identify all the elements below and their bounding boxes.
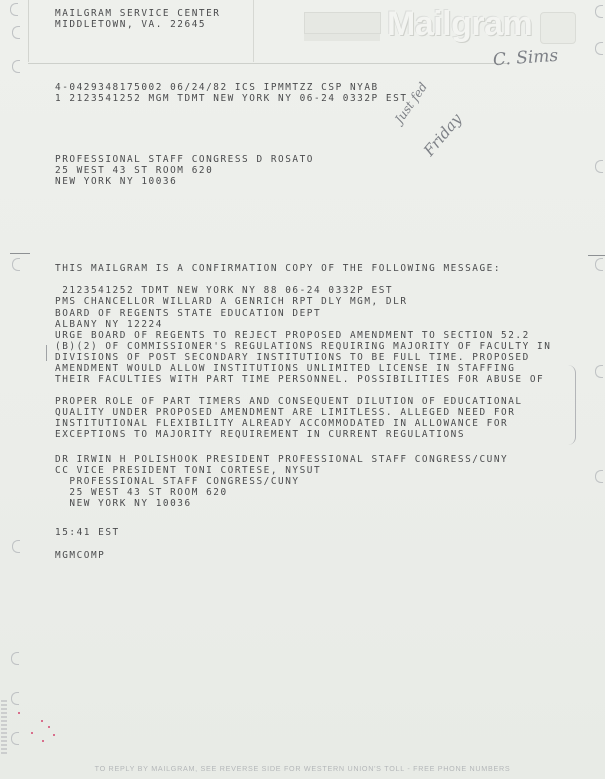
service-center-line1: MAILGRAM SERVICE CENTER xyxy=(55,9,220,20)
punch-hole-icon xyxy=(10,3,18,16)
punch-hole-icon xyxy=(595,160,603,173)
message-header-line: BOARD OF REGENTS STATE EDUCATION DEPT xyxy=(55,309,321,320)
punch-hole-icon xyxy=(595,365,603,378)
postal-emblem-icon xyxy=(540,12,576,44)
message-header-line: PMS CHANCELLOR WILLARD A GENRICH RPT DLY… xyxy=(55,297,408,308)
punch-hole-icon xyxy=(595,42,603,55)
message-body-line: THEIR FACULTIES WITH PART TIME PERSONNEL… xyxy=(55,375,544,386)
message-header-line: ALBANY NY 12224 xyxy=(55,320,163,331)
recipient-line-1: PROFESSIONAL STAFF CONGRESS D ROSATO xyxy=(55,155,314,166)
punch-hole-icon xyxy=(12,60,20,73)
mailgram-code: MGMCOMP xyxy=(55,551,105,562)
margin-tick xyxy=(588,255,605,256)
message-body-line: INSTITUTIONAL FLEXIBILITY ALREADY ACCOMM… xyxy=(55,419,508,430)
message-body-line: DIVISIONS OF POST SECONDARY INSTITUTIONS… xyxy=(55,353,530,364)
western-union-logo-icon xyxy=(304,12,381,34)
edge-stamp xyxy=(1,700,7,755)
ink-speck xyxy=(31,732,33,734)
ink-speck xyxy=(53,734,55,736)
punch-hole-icon xyxy=(595,5,603,18)
ink-speck xyxy=(42,740,44,742)
message-header-line: 2123541252 TDMT NEW YORK NY 88 06-24 033… xyxy=(55,286,393,297)
punch-hole-icon xyxy=(11,692,19,705)
routing-line-2: 1 2123541252 MGM TDMT NEW YORK NY 06-24 … xyxy=(55,94,408,105)
recipient-line-3: NEW YORK NY 10036 xyxy=(55,177,177,188)
punch-hole-icon xyxy=(12,26,20,39)
message-body-line: PROPER ROLE OF PART TIMERS AND CONSEQUEN… xyxy=(55,397,523,408)
service-center-line2: MIDDLETOWN, VA. 22645 xyxy=(55,20,206,31)
message-body-line: (B)(2) OF COMMISSIONER'S REGULATIONS REQ… xyxy=(55,342,551,353)
punch-hole-icon xyxy=(11,652,19,665)
footer-reply-note: TO REPLY BY MAILGRAM, SEE REVERSE SIDE F… xyxy=(0,764,605,773)
mailgram-logo: Mailgram xyxy=(387,5,532,44)
message-body-line: EXCEPTIONS TO MAJORITY REQUIREMENT IN CU… xyxy=(55,430,465,441)
message-body-line: AMENDMENT WOULD ALLOW INSTITUTIONS UNLIM… xyxy=(55,364,515,375)
signature-line: 25 WEST 43 ST ROOM 620 xyxy=(55,488,228,499)
handwritten-brace-mark xyxy=(567,365,576,445)
message-body-line: URGE BOARD OF REGENTS TO REJECT PROPOSED… xyxy=(55,331,530,342)
punch-hole-icon xyxy=(12,258,20,271)
ink-speck xyxy=(41,720,43,722)
header-divider xyxy=(28,63,508,64)
punch-hole-icon xyxy=(595,258,603,271)
routing-line-1: 4-0429348175002 06/24/82 ICS IPMMTZZ CSP… xyxy=(55,83,379,94)
mailgram-page: MAILGRAM SERVICE CENTER MIDDLETOWN, VA. … xyxy=(0,0,605,779)
timestamp: 15:41 EST xyxy=(55,528,120,539)
margin-tick xyxy=(10,253,30,254)
logo-subtitle-bar xyxy=(304,34,380,41)
punch-hole-icon xyxy=(595,470,603,483)
punch-hole-icon xyxy=(12,540,20,553)
ink-speck xyxy=(18,712,20,714)
message-body-line: QUALITY UNDER PROPOSED AMENDMENT ARE LIM… xyxy=(55,408,515,419)
signature-line: CC VICE PRESIDENT TONI CORTESE, NYSUT xyxy=(55,466,321,477)
confirmation-heading: THIS MAILGRAM IS A CONFIRMATION COPY OF … xyxy=(55,264,501,275)
punch-hole-icon xyxy=(11,732,19,745)
signature-line: PROFESSIONAL STAFF CONGRESS/CUNY xyxy=(55,477,300,488)
ink-speck xyxy=(48,726,50,728)
signature-line: DR IRWIN H POLISHOOK PRESIDENT PROFESSIO… xyxy=(55,455,508,466)
handwritten-note-2: Friday xyxy=(420,110,466,159)
margin-mark xyxy=(46,345,47,361)
handwritten-name: C. Sims xyxy=(492,46,558,70)
recipient-line-2: 25 WEST 43 ST ROOM 620 xyxy=(55,166,213,177)
signature-line: NEW YORK NY 10036 xyxy=(55,499,192,510)
